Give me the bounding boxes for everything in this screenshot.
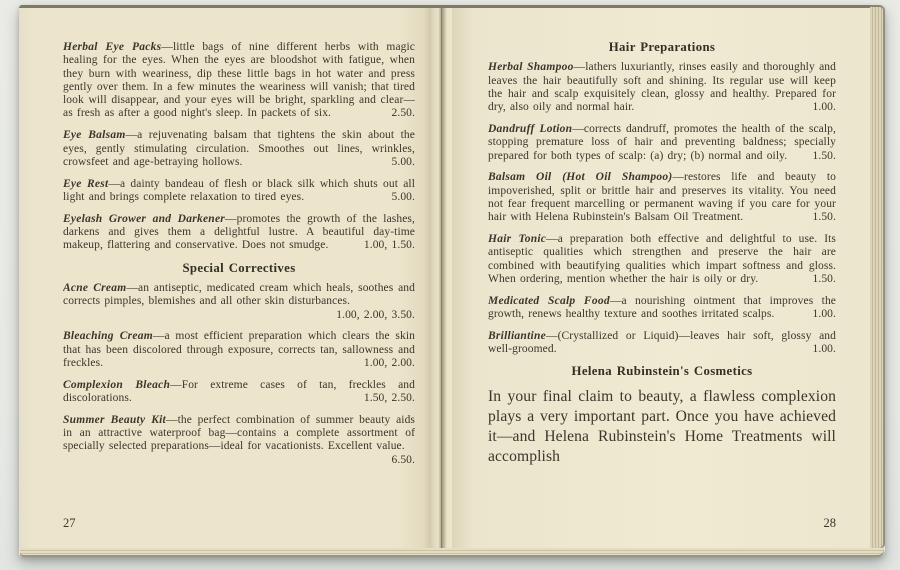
- product-entry: Eyelash Grower and Darkener—promotes the…: [63, 213, 415, 253]
- product-price: 1.50.: [813, 211, 837, 224]
- stacked-page-edges-bottom: [20, 548, 884, 557]
- product-name: Hair Tonic: [488, 233, 546, 245]
- product-name: Medicated Scalp Food: [488, 295, 610, 307]
- product-name: Eyelash Grower and Darkener: [63, 213, 225, 225]
- product-entry: Hair Tonic—a preparation both effective …: [488, 233, 836, 286]
- product-name: Acne Cream: [63, 282, 126, 294]
- product-price: 1.00.: [813, 101, 837, 114]
- product-name: Herbal Shampoo: [488, 61, 574, 73]
- product-price: 1.00, 2.00.: [364, 357, 415, 370]
- page-number-left: 27: [63, 516, 76, 531]
- page-28-content: Hair PreparationsHerbal Shampoo—lathers …: [452, 8, 870, 467]
- product-entry: Complexion Bleach—For extreme cases of t…: [63, 379, 415, 406]
- product-price: 1.00.: [813, 343, 837, 356]
- product-entry: Herbal Shampoo—lathers luxuriantly, rins…: [488, 61, 836, 114]
- product-description: —a dainty bandeau of flesh or black silk…: [63, 178, 415, 203]
- product-entry: Eye Rest—a dainty bandeau of flesh or bl…: [63, 178, 415, 205]
- product-price: 1.00, 1.50.: [364, 239, 415, 252]
- product-entry: Balsam Oil (Hot Oil Shampoo)—restores li…: [488, 171, 836, 224]
- product-price: 5.00.: [392, 191, 416, 204]
- product-price: 6.50.: [392, 454, 416, 467]
- product-entry: Eye Balsam—a rejuvenating balsam that ti…: [63, 129, 415, 169]
- product-entry: Herbal Eye Packs—little bags of nine dif…: [63, 41, 415, 121]
- product-price: 2.50.: [392, 107, 416, 120]
- product-name: Dandruff Lotion: [488, 123, 572, 135]
- open-booklet: Herbal Eye Packs—little bags of nine dif…: [19, 5, 885, 557]
- product-name: Bleaching Cream: [63, 330, 153, 342]
- product-name: Complexion Bleach: [63, 379, 170, 391]
- product-name: Herbal Eye Packs: [63, 41, 161, 53]
- section-heading: Special Correctives: [63, 262, 415, 275]
- product-name: Balsam Oil (Hot Oil Shampoo): [488, 171, 672, 183]
- page-27: Herbal Eye Packs—little bags of nine dif…: [19, 8, 431, 548]
- page-number-right: 28: [824, 516, 837, 531]
- page-28: Hair PreparationsHerbal Shampoo—lathers …: [452, 8, 870, 548]
- product-entry: Medicated Scalp Food—a nourishing ointme…: [488, 295, 836, 322]
- product-price: 5.00.: [392, 156, 416, 169]
- product-price: 1.50.: [813, 150, 837, 163]
- product-entry: Summer Beauty Kit—the perfect combinatio…: [63, 414, 415, 467]
- page-spread: Herbal Eye Packs—little bags of nine dif…: [19, 8, 870, 548]
- product-name: Summer Beauty Kit: [63, 414, 166, 426]
- product-entry: Bleaching Cream—a most efficient prepara…: [63, 330, 415, 370]
- page-27-content: Herbal Eye Packs—little bags of nine dif…: [19, 8, 431, 467]
- product-name: Eye Rest: [63, 178, 108, 190]
- book-gutter-crease: [431, 8, 452, 548]
- product-entry: Dandruff Lotion—corrects dandruff, promo…: [488, 123, 836, 163]
- product-entry: Acne Cream—an antiseptic, medicated crea…: [63, 282, 415, 322]
- section-heading: Hair Preparations: [488, 41, 836, 54]
- closing-paragraph: In your final claim to beauty, a flawles…: [488, 387, 836, 467]
- product-name: Eye Balsam: [63, 129, 126, 141]
- product-price: 1.00.: [813, 308, 837, 321]
- product-price: 1.00, 2.00, 3.50.: [336, 309, 415, 322]
- section-heading: Helena Rubinstein's Cosmetics: [488, 365, 836, 378]
- product-price: 1.50.: [813, 273, 837, 286]
- product-price: 1.50, 2.50.: [364, 392, 415, 405]
- product-entry: Brilliantine—(Crystallized or Liquid)—le…: [488, 330, 836, 357]
- product-name: Brilliantine: [488, 330, 546, 342]
- stacked-page-edges-right: [870, 5, 885, 548]
